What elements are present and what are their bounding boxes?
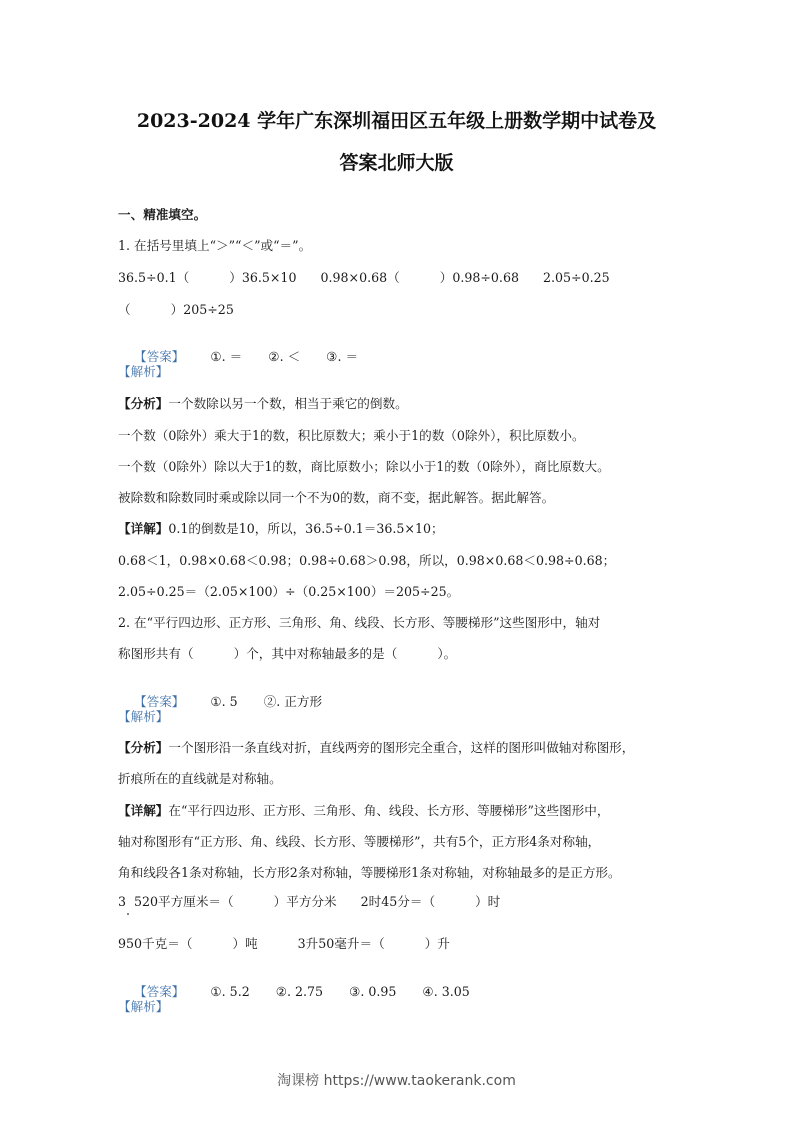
- answer-item: ④. 3.05: [422, 984, 469, 1000]
- answer-label: 【答案】: [134, 694, 184, 709]
- q3-answer-row: 【答案】①. 5.2②. 2.75③. 0.95④. 3.05: [118, 968, 470, 1016]
- answer-item: ①. ＝: [210, 349, 242, 365]
- q1-line2: （ ）205÷25: [118, 302, 234, 318]
- q1-detail-line: 0.68＜1，0.98×0.68＜0.98；0.98÷0.68＞0.98，所以，…: [118, 553, 615, 569]
- q3-line2: 950千克＝（ ）吨 3升50毫升＝（ ）升: [118, 936, 450, 952]
- q2-stem-line1: 2. 在“平行四边形、正方形、三角形、角、线段、长方形、等腰梯形”这些图形中，轴…: [118, 615, 600, 631]
- answer-item: ②. 2.75: [276, 984, 323, 1000]
- q1-analysis-line: 一个数（0除外）除以大于1的数，商比原数小；除以小于1的数（0除外），商比原数大…: [118, 459, 610, 475]
- answer-label: 【答案】: [134, 349, 184, 364]
- answer-item: ②. ＜: [268, 349, 300, 365]
- q2-xiangjie: 【详解】在“平行四边形、正方形、三角形、角、线段、长方形、等腰梯形”这些图形中，: [118, 803, 609, 819]
- q1-xiangjie: 【详解】0.1的倒数是10，所以，36.5÷0.1＝36.5×10；: [118, 521, 444, 537]
- q3-line1: 3 520平方厘米＝（ ）平方分米 2时45分＝（ ）时: [118, 894, 500, 910]
- analysis-label: 【解析】: [118, 709, 168, 725]
- xiangjie-label: 【详解】: [118, 521, 168, 536]
- q1-fenxi: 【分析】一个数除以另一个数，相当于乘它的倒数。: [118, 396, 408, 412]
- fenxi-label: 【分析】: [118, 396, 168, 411]
- q1-stem: 1. 在括号里填上“＞”“＜”或“＝”。: [118, 238, 311, 254]
- answer-label: 【答案】: [134, 984, 184, 999]
- q1-line1: 36.5÷0.1（ ）36.5×10 0.98×0.68（ ）0.98÷0.68…: [118, 270, 610, 286]
- q2-detail-line: 角和线段各1条对称轴，长方形2条对称轴，等腰梯形1条对称轴，对称轴最多的是正方形…: [118, 865, 621, 881]
- answer-item: ①. 5: [210, 694, 237, 710]
- answer-item: ①. 5.2: [210, 984, 249, 1000]
- fenxi-label: 【分析】: [118, 740, 168, 755]
- q2-fenxi: 【分析】一个图形沿一条直线对折，直线两旁的图形完全重合，这样的图形叫做轴对称图形…: [118, 740, 634, 756]
- analysis-label: 【解析】: [118, 364, 168, 380]
- q2-fenxi-line2: 折痕所在的直线就是对称轴。: [118, 771, 282, 787]
- analysis-label: 【解析】: [118, 999, 168, 1015]
- q1-detail-line: 2.05÷0.25＝（2.05×100）÷（0.25×100）＝205÷25。: [118, 584, 459, 600]
- answer-item: ③. ＝: [326, 349, 358, 365]
- stray-mark: [127, 913, 129, 915]
- footer-watermark: 淘课榜 https://www.taokerank.com: [0, 1070, 793, 1090]
- q2-detail-line: 轴对称图形有“正方形、角、线段、长方形、等腰梯形”，共有5个，正方形4条对称轴，: [118, 834, 600, 850]
- answer-item: ②. 正方形: [264, 694, 322, 710]
- q1-analysis-line: 被除数和除数同时乘或除以同一个不为0的数，商不变，据此解答。据此解答。: [118, 490, 554, 506]
- doc-title-line1: 2023-2024 学年广东深圳福田区五年级上册数学期中试卷及: [0, 106, 793, 133]
- q2-stem-line2: 称图形共有（ ）个，其中对称轴最多的是（ ）。: [118, 646, 456, 662]
- answer-item: ③. 0.95: [349, 984, 396, 1000]
- xiangjie-label: 【详解】: [118, 803, 168, 818]
- q1-analysis-line: 一个数（0除外）乘大于1的数，积比原数大；乘小于1的数（0除外），积比原数小。: [118, 428, 585, 444]
- section-heading: 一、精准填空。: [118, 207, 206, 223]
- doc-title-line2: 答案北师大版: [0, 148, 793, 175]
